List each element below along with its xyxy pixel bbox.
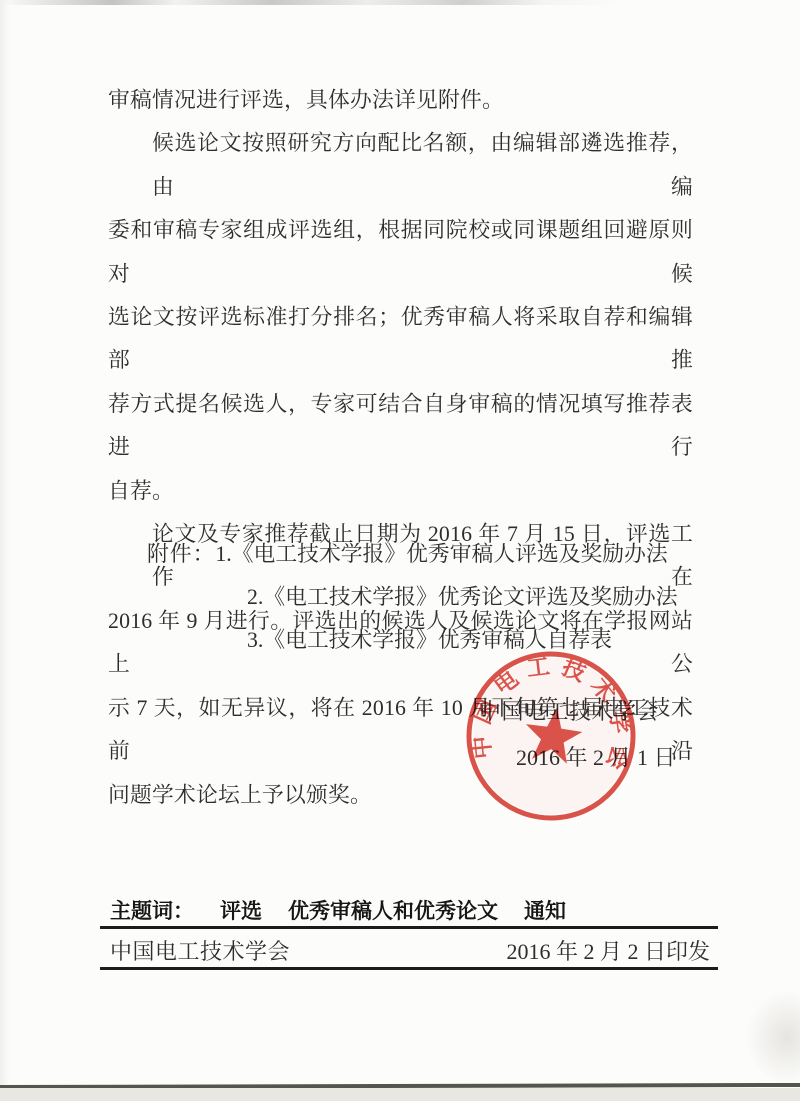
scan-left-shadow (0, 0, 10, 1101)
footer-issuer: 中国电工技术学会 (110, 940, 290, 964)
subject-term: 通知 (524, 900, 566, 924)
body-line: 委和审稿专家组成评选组，根据同院校或同课题组回避原则对候 (108, 209, 693, 296)
subject-label: 主题词： (110, 900, 194, 924)
subject-term: 评选 (220, 900, 262, 924)
body-line: 自荐。 (108, 470, 693, 513)
attachment-item: 1.《电工技术学报》优秀审稿人评选及奖励办法 (215, 542, 667, 566)
body-line: 选论文按评选标准打分排名；优秀审稿人将采取自荐和编辑部推 (108, 296, 693, 383)
attachments-row: 附件：1.《电工技术学报》优秀审稿人评选及奖励办法 (147, 542, 668, 566)
body-line: 荐方式提名候选人，专家可结合自身审稿的情况填写推荐表进行 (108, 383, 693, 470)
scanner-bed-strip (0, 1088, 800, 1101)
scan-right-smudge (745, 990, 800, 1085)
document-page: 审稿情况进行评选，具体办法详见附件。 候选论文按照研究方向配比名额，由编辑部遴选… (0, 0, 800, 1101)
footer-divider-bottom (100, 967, 718, 970)
attachments-label: 附件： (147, 542, 215, 566)
attachment-item: 2.《电工技术学报》优秀论文评选及奖励办法 (247, 585, 678, 609)
official-seal-stamp: 中国电工技术学会 (438, 623, 664, 849)
body-line: 审稿情况进行评选，具体办法详见附件。 (108, 79, 693, 122)
footer-divider-top (100, 926, 718, 929)
footer-subject-row: 主题词：评选优秀审稿人和优秀论文通知 (110, 900, 566, 924)
subject-term: 优秀审稿人和优秀论文 (288, 900, 498, 924)
scan-top-edge-artifact (0, 0, 800, 5)
footer-print-date: 2016 年 2 月 2 日印发 (506, 940, 710, 964)
body-line: 候选论文按照研究方向配比名额，由编辑部遴选推荐，由编 (108, 122, 693, 209)
